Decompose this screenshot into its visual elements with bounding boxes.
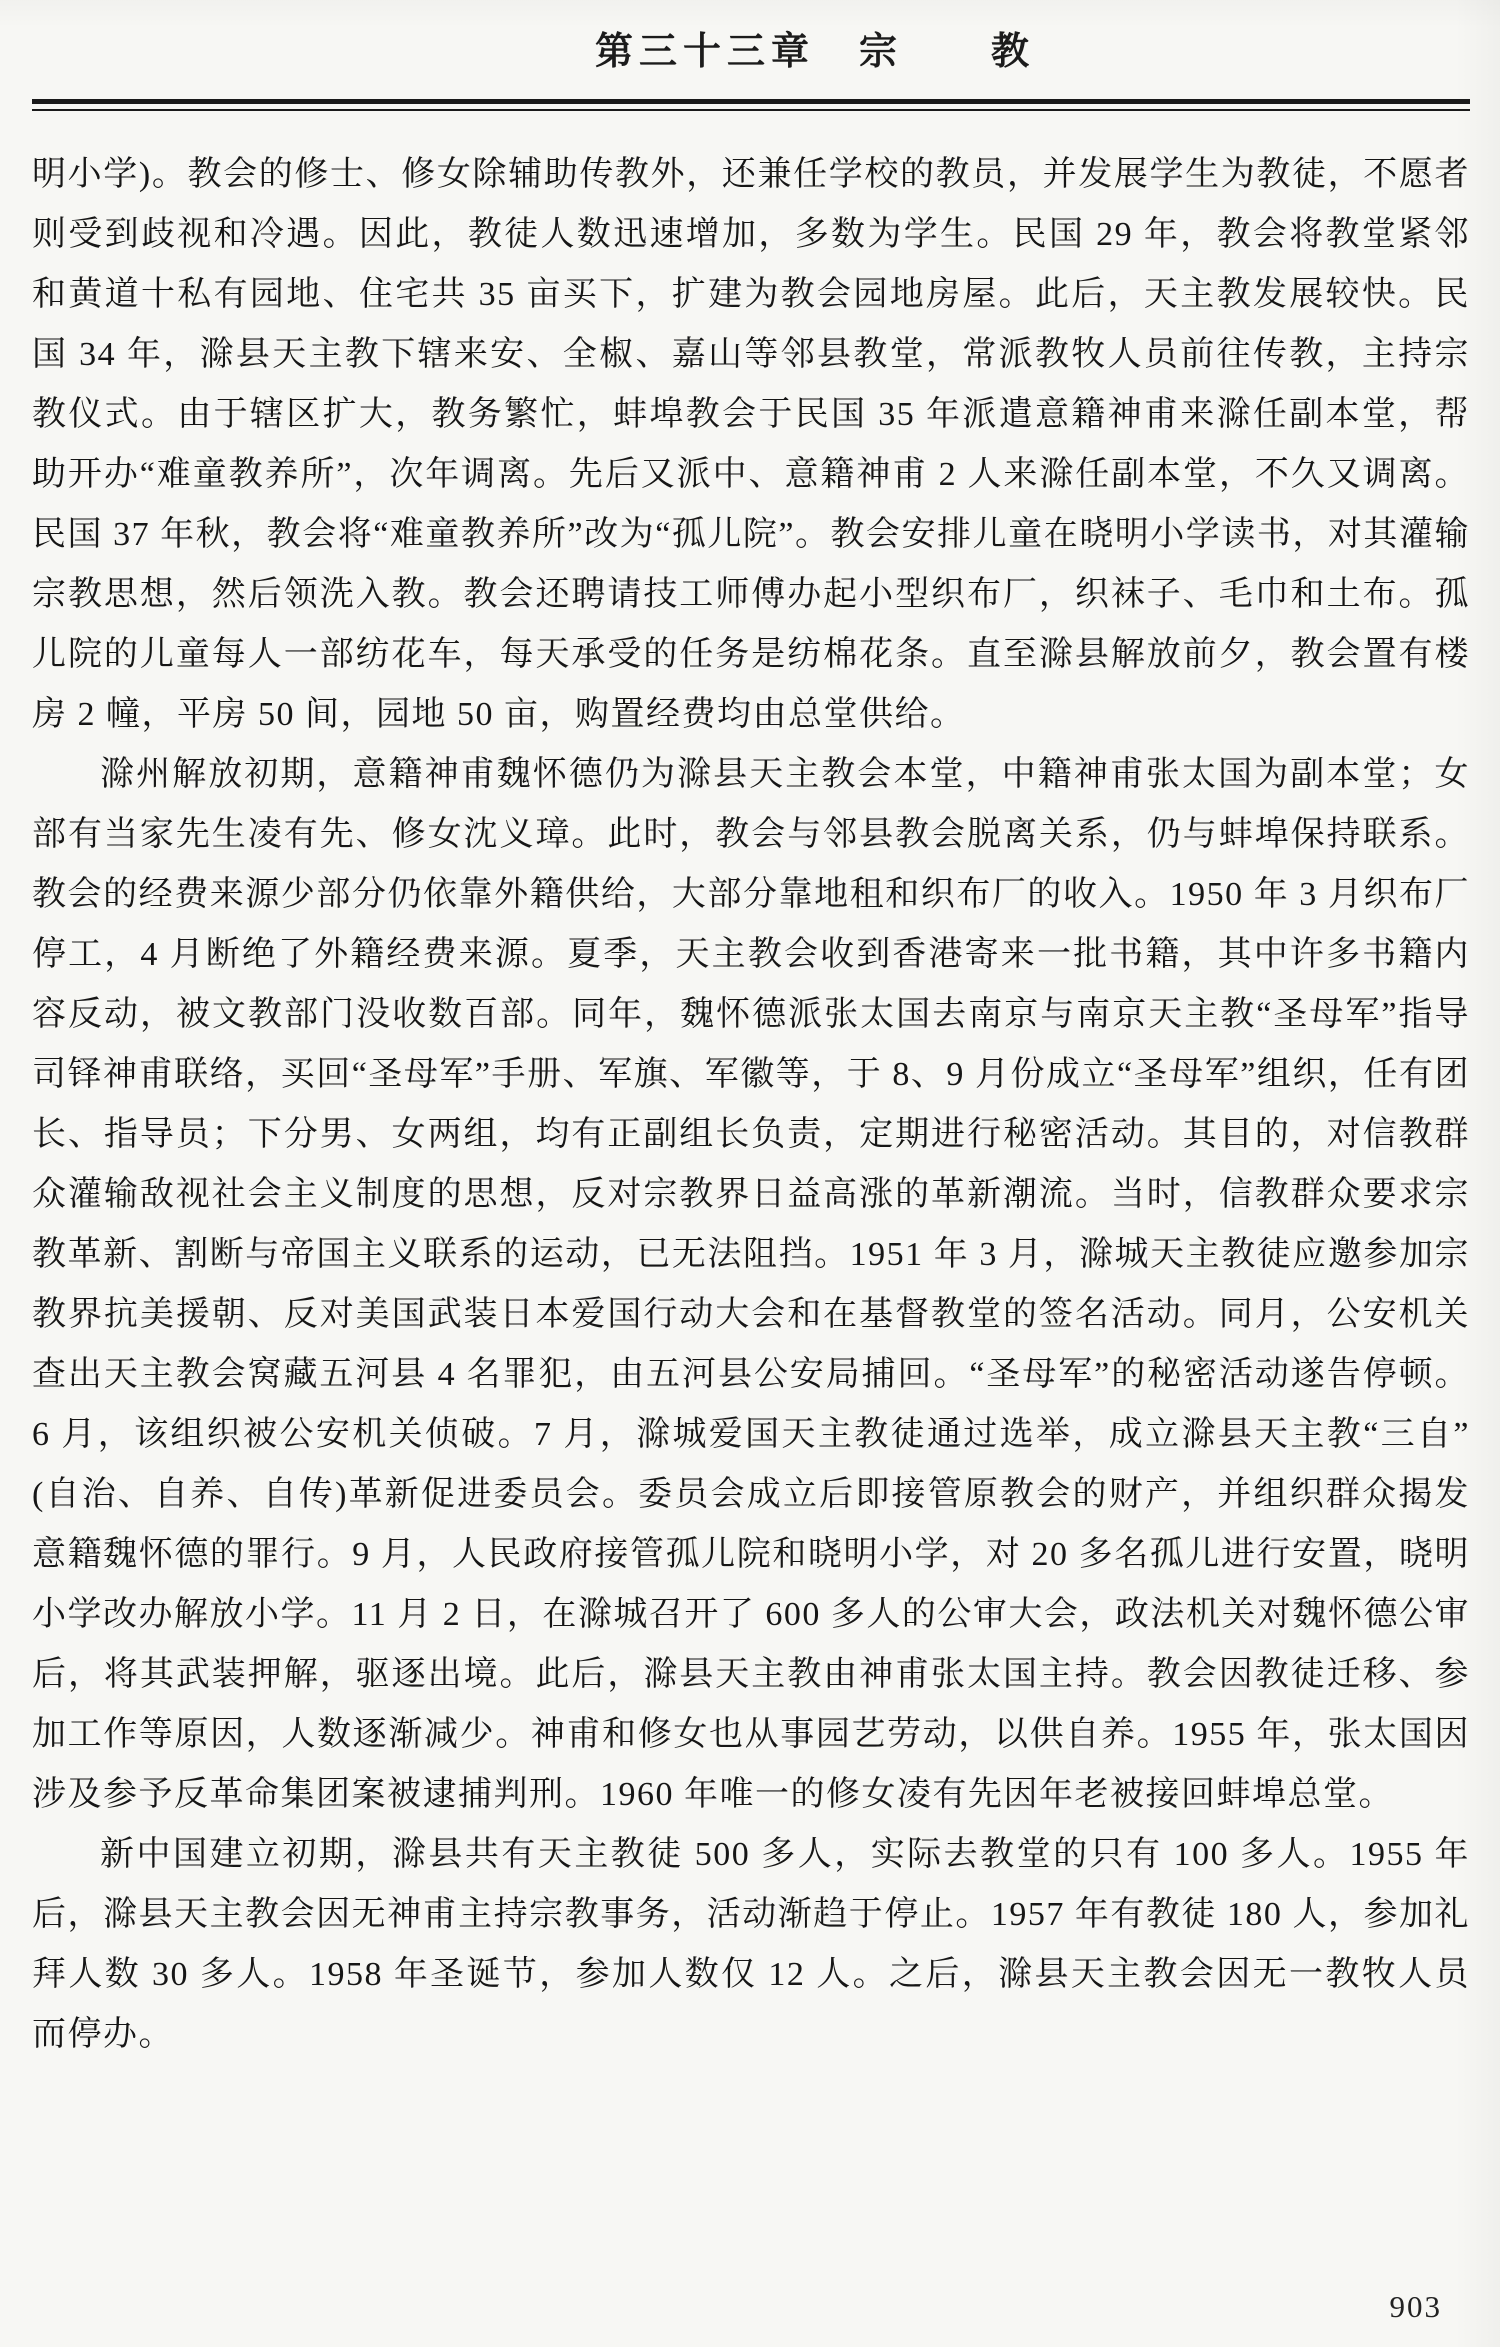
header-rule-thin <box>32 109 1470 111</box>
document-page: 第三十三章 宗 教 明小学)。教会的修士、修女除辅助传教外，还兼任学校的教员，并… <box>0 0 1500 2347</box>
page-number: 903 <box>1390 2289 1443 2325</box>
running-head-chapter-title: 第三十三章 宗 教 <box>32 26 1470 79</box>
page-header: 第三十三章 宗 教 <box>32 26 1470 111</box>
paragraph-2: 滁州解放初期，意籍神甫魏怀德仍为滁县天主教会本堂，中籍神甫张太国为副本堂；女部有… <box>32 745 1470 1825</box>
header-rule-thick <box>32 99 1470 104</box>
paragraph-3: 新中国建立初期，滁县共有天主教徒 500 多人，实际去教堂的只有 100 多人。… <box>32 1825 1470 2065</box>
page-body: 明小学)。教会的修士、修女除辅助传教外，还兼任学校的教员，并发展学生为教徒，不愿… <box>32 145 1470 2065</box>
paragraph-1-continuation: 明小学)。教会的修士、修女除辅助传教外，还兼任学校的教员，并发展学生为教徒，不愿… <box>32 145 1470 745</box>
